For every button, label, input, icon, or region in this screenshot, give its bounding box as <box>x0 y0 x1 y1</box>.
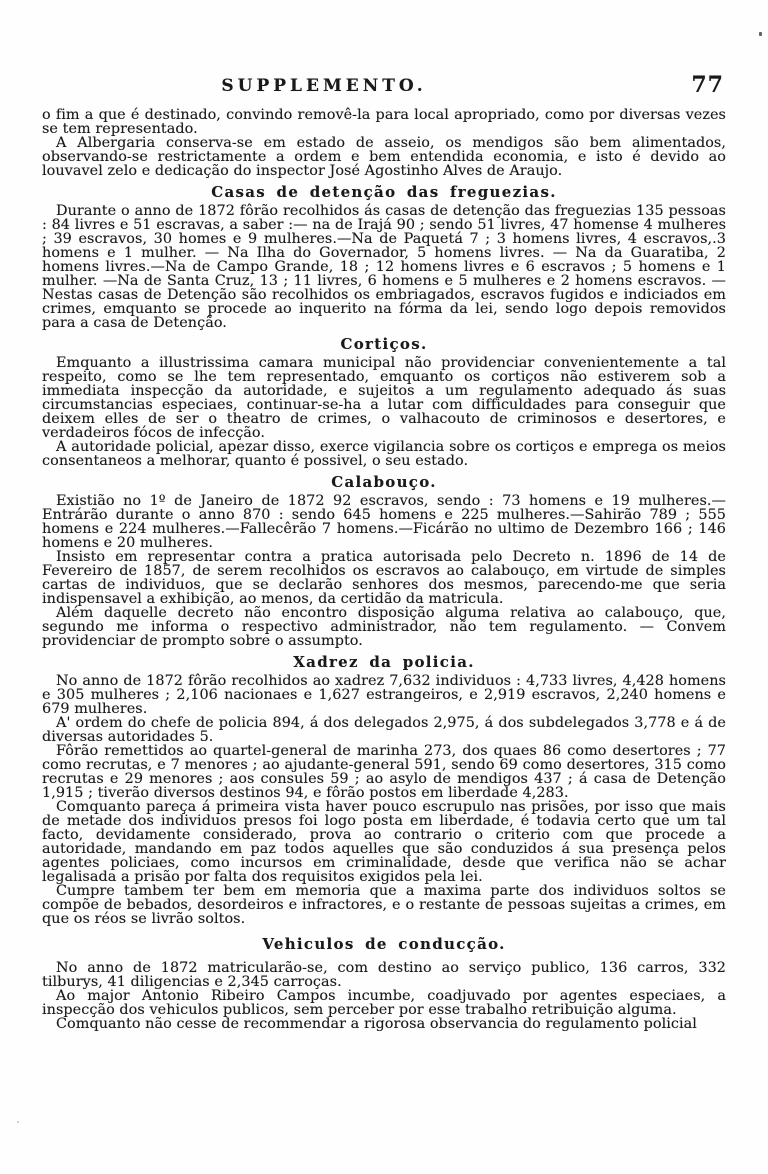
page-number: 77 <box>691 72 724 98</box>
section-casas-de-detencao: Casas de detenção das freguezias. Durant… <box>42 185 726 330</box>
scan-speckle <box>759 32 762 36</box>
paragraph: No anno de 1872 fôrão recolhidos ao xadr… <box>42 674 726 716</box>
section-calabouco: Calabouço. Existião no 1º de Janeiro de … <box>42 475 726 648</box>
paragraph: Além daquelle decreto não encontro dispo… <box>42 606 726 648</box>
page-title: SUPPLEMENTO. <box>0 76 666 96</box>
paragraph: Insisto em representar contra a pratica … <box>42 550 726 606</box>
paragraph: A autoridade policial, apezar disso, exe… <box>42 440 726 468</box>
section-heading-xadrez-da-policia: Xadrez da policia. <box>42 655 726 669</box>
scan-speckle <box>17 1121 19 1123</box>
paragraph: A Albergaria conserva-se em estado de as… <box>42 136 726 178</box>
paragraph: Durante o anno de 1872 fôrão recolhidos … <box>42 204 726 330</box>
paragraph: Emquanto a illustrissima camara municipa… <box>42 356 726 440</box>
section-heading-corticos: Cortiços. <box>42 337 726 351</box>
paragraph: o fim a que é destinado, convindo removê… <box>42 108 726 136</box>
paragraph: No anno de 1872 matricularão-se, com des… <box>42 961 726 989</box>
paragraph: Comquanto pareça á primeira vista haver … <box>42 800 726 884</box>
paragraph: A' ordem do chefe de policia 894, á dos … <box>42 716 726 744</box>
paragraph: Comquanto não cesse de recommendar a rig… <box>42 1017 726 1031</box>
paragraph: Ao major Antonio Ribeiro Campos incumbe,… <box>42 989 726 1017</box>
section-heading-casas-de-detencao: Casas de detenção das freguezias. <box>42 185 726 199</box>
section-corticos: Cortiços. Emquanto a illustrissima camar… <box>42 337 726 468</box>
paragraph: Existião no 1º de Janeiro de 1872 92 esc… <box>42 494 726 550</box>
section-heading-vehiculos-de-conduccao: Vehiculos de conducção. <box>42 937 726 951</box>
section-vehiculos-de-conduccao: Vehiculos de conducção. No anno de 1872 … <box>42 937 726 1031</box>
intro-block: o fim a que é destinado, convindo removê… <box>42 108 726 178</box>
paragraph: Cumpre tambem ter bem em memoria que a m… <box>42 884 726 926</box>
page-body: o fim a que é destinado, convindo removê… <box>42 108 726 1031</box>
paragraph: Fôrão remettidos ao quartel-general de m… <box>42 744 726 800</box>
section-xadrez-da-policia: Xadrez da policia. No anno de 1872 fôrão… <box>42 655 726 926</box>
section-heading-calabouco: Calabouço. <box>42 475 726 489</box>
page-header: SUPPLEMENTO. 77 <box>42 76 726 106</box>
scanned-page: SUPPLEMENTO. 77 o fim a que é destinado,… <box>0 0 768 1174</box>
